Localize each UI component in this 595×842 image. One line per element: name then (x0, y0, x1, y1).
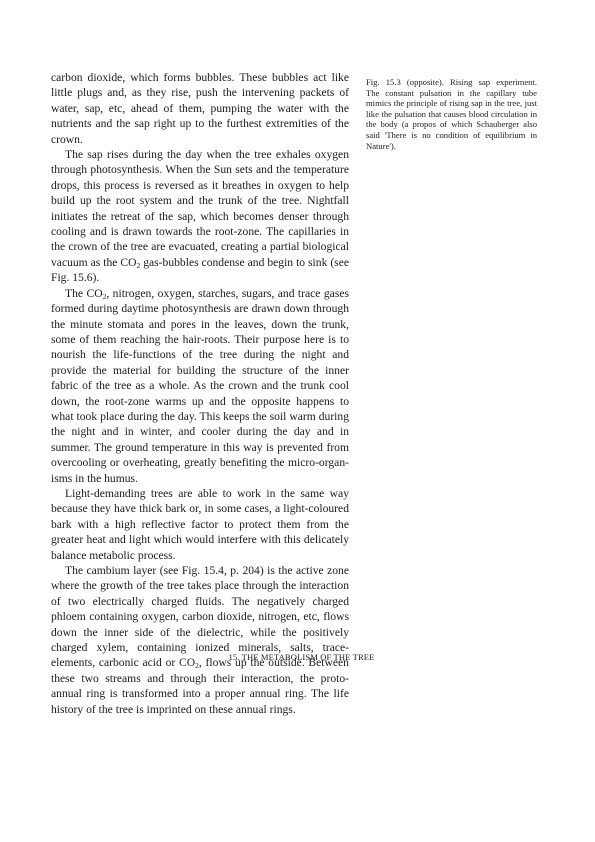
paragraph-2: The sap rises during the day when the tr… (51, 147, 349, 286)
paragraph-4: Light-demanding trees are able to work i… (51, 486, 349, 563)
figure-caption-label: Fig. 15.3 (opposite). Rising sap experim… (366, 77, 537, 88)
main-text-column: carbon dioxide, which forms bubbles. The… (51, 70, 349, 717)
paragraph-3-text-a: The CO (65, 287, 103, 300)
figure-caption-text: The constant pulsation in the capillary … (366, 88, 537, 152)
paragraph-3-text-b: , nitrogen, oxygen, starches, sugars, an… (51, 287, 349, 485)
paragraph-4-text: Light-demanding trees are able to work i… (51, 487, 349, 562)
paragraph-1: carbon dioxide, which forms bubbles. The… (51, 70, 349, 147)
paragraph-1-text: carbon dioxide, which forms bubbles. The… (51, 71, 349, 146)
paragraph-2-text-a: The sap rises during the day when the tr… (51, 148, 349, 269)
running-footer-title: 15. THE METABOLISM OF THE TREE (0, 652, 595, 662)
figure-caption: Fig. 15.3 (opposite). Rising sap experim… (366, 77, 537, 151)
paragraph-3: The CO2, nitrogen, oxygen, starches, sug… (51, 286, 349, 486)
paragraph-5: The cambium layer (see Fig. 15.4, p. 204… (51, 563, 349, 717)
